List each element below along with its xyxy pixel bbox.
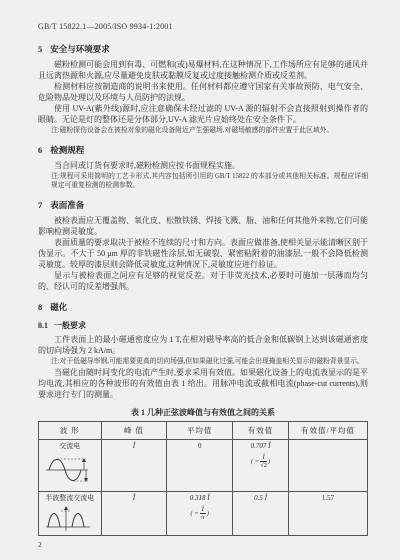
subsection-title: 一般要求 (54, 321, 86, 330)
table-row: 半波整流交流电 Î 0.318 Î ( =Îπ) 0.5 Î (39, 492, 368, 536)
page-number: 2 (38, 540, 368, 549)
section-title: 磁化 (50, 302, 67, 312)
paragraph: 磁粉检测可能会用到有毒、可燃和(或)易爆材料,在这种情况下,工作场所应有足够的通… (38, 59, 368, 81)
section-number: 6 (38, 145, 42, 155)
average-formula: ( =Îπ) (190, 506, 209, 521)
document-page: GB/T 15822.1—2005/ISO 9934-1:2001 5安全与环境… (0, 0, 400, 560)
section-6-heading: 6检测规程 (38, 144, 368, 156)
column-header-rms: 有效值 (233, 422, 289, 440)
rms-value-cell: 0.707 Î ( =Î√2) (233, 440, 289, 492)
ratio-cell (289, 440, 368, 492)
column-header-average: 平均值 (167, 422, 233, 440)
sine-wave-icon (44, 453, 94, 487)
note-text: 注:磁粉探伤设备会在被检对象的磁化设备附近产生强磁场,对磁场敏感的部件应置于此区… (38, 126, 368, 135)
peak-value: Î (105, 494, 164, 503)
section-number: 5 (38, 44, 42, 54)
half-wave-rectified-icon (44, 505, 94, 533)
peak-value-cell: Î (101, 492, 167, 536)
rms-formula: ( =Î√2) (251, 454, 270, 469)
note-text: 注:规程可采用简明的工艺卡形式,其内容包括所引用的 GB/T 15822 的本部… (38, 172, 368, 190)
average-value-cell: 0.318 Î ( =Îπ) (167, 492, 233, 536)
waveform-cell: 交流电 (39, 440, 102, 492)
ratio-value: 1.57 (322, 494, 334, 502)
paragraph: 使用 UV-A(紫外线)源时,应注意确保未经过滤的 UV-A 源的辐射不会直接照… (38, 103, 368, 125)
column-header-waveform: 波 形 (39, 422, 102, 440)
paragraph: 工件表面上的最小磁通密度应为 1 T,在相对磁导率高的低合金和低碳钢上达到该磁通… (38, 334, 368, 356)
section-title: 表面准备 (50, 200, 84, 210)
paragraph: 被检表面应无覆盖物、氧化皮、松散铁锈、焊接飞溅、脂、油和任何其他外来物,它们可能… (38, 215, 368, 237)
paragraph: 表面质量的要求取决于被检不连续的尺寸和方向。表面应做准备,使相关显示能清晰区别于… (38, 237, 368, 270)
section-8-1-heading: 8.1一般要求 (38, 320, 368, 331)
peak-value: Î (105, 442, 164, 451)
column-header-peak: 峰 值 (101, 422, 167, 440)
subsection-number: 8.1 (38, 321, 48, 330)
section-title: 安全与环境要求 (50, 44, 110, 54)
rms-value: 0.5 Î (236, 494, 285, 503)
column-header-ratio: 有效值/平均值 (289, 422, 368, 440)
section-8-heading: 8磁化 (38, 301, 368, 313)
standard-number-header: GB/T 15822.1—2005/ISO 9934-1:2001 (38, 22, 368, 31)
table-1: 波 形 峰 值 平均值 有效值 有效值/平均值 交流电 (38, 421, 368, 536)
paragraph: 检测材料应按制造商的说明书来使用。任何材料都应遵守国家有关事故预防、电气安全、危… (38, 81, 368, 103)
table-row: 交流电 Î 0 0.707 Î ( =Î (39, 440, 368, 492)
peak-value-cell: Î (101, 440, 167, 492)
waveform-label: 半波整流交流电 (42, 494, 98, 503)
average-value-cell: 0 (167, 440, 233, 492)
section-number: 7 (38, 200, 42, 210)
average-value: 0.318 Î (170, 494, 229, 503)
section-title: 检测规程 (50, 145, 84, 155)
rms-value-cell: 0.5 Î (233, 492, 289, 536)
ratio-cell: 1.57 (289, 492, 368, 536)
section-number: 8 (38, 302, 42, 312)
paragraph: 当磁化由随时间变化的电流产生时,要求采用有效值。如果磁化设备上的电流表显示的是平… (38, 367, 368, 400)
waveform-cell: 半波整流交流电 (39, 492, 102, 536)
rms-value: 0.707 Î (236, 442, 285, 451)
paragraph: 显示与被检表面之间应有足够的视觉反差。对于非荧光技术,必要时可施加一层薄而均匀的… (38, 270, 368, 292)
table-header-row: 波 形 峰 值 平均值 有效值 有效值/平均值 (39, 422, 368, 440)
note-text: 注:对于低磁导率钢,可能需要更高的切向场强,但如果磁化过强,可能会出现掩盖相关显… (38, 357, 368, 366)
average-value: 0 (198, 442, 202, 450)
table-1-title: 表 1 几种正弦波峰值与有效值之间的关系 (38, 407, 368, 418)
section-5-heading: 5安全与环境要求 (38, 43, 368, 55)
waveform-label: 交流电 (42, 442, 98, 451)
paragraph: 当合同或订货有要求时,磁粉检测应按书面规程实施。 (38, 160, 368, 171)
section-7-heading: 7表面准备 (38, 199, 368, 211)
